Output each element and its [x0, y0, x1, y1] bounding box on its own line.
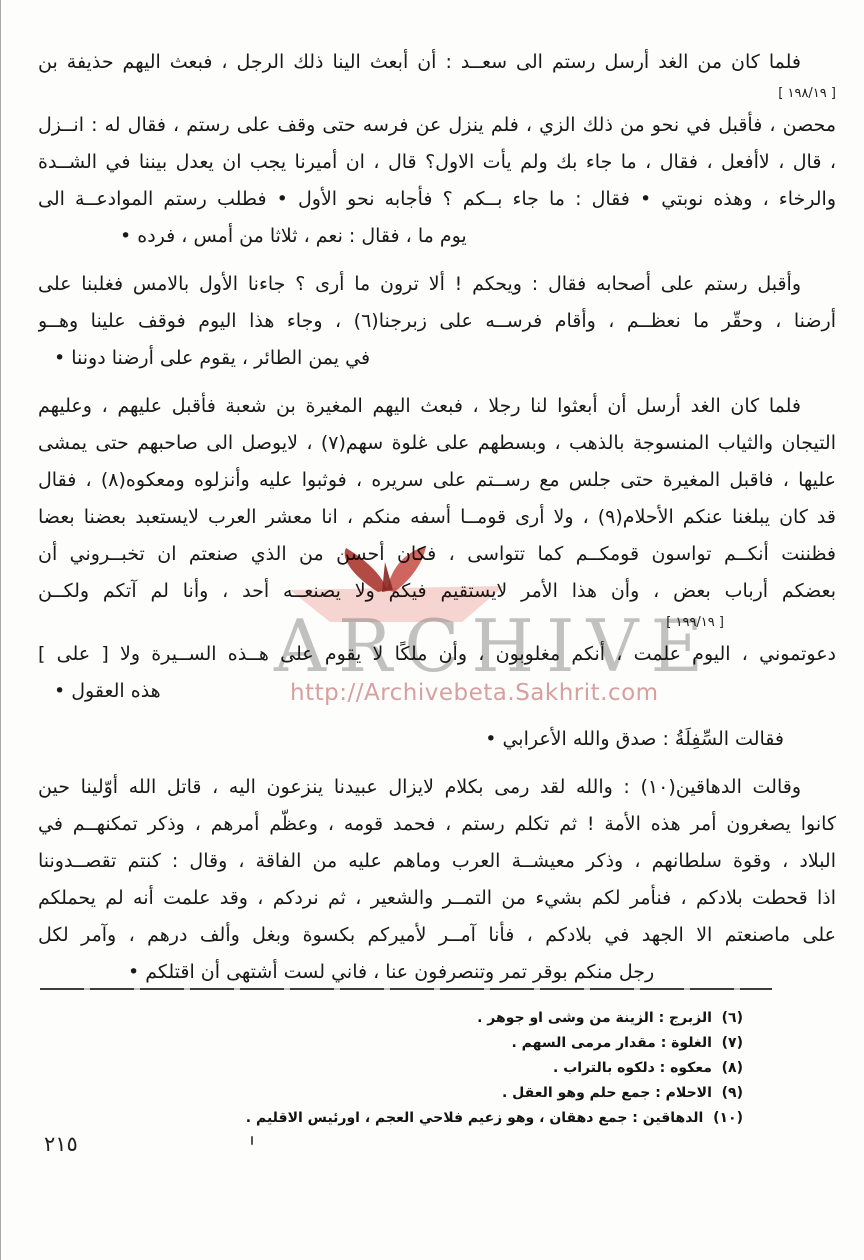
text-line: كانوا يصغرون أمر هذه الأمة ! ثم تكلم رست… [38, 806, 836, 843]
footnote-marker: (٧) [722, 1035, 743, 1051]
footnote-marker: (٨) [722, 1060, 743, 1076]
footnote-text: معكوه : دلكوه بالتراب . [553, 1060, 712, 1076]
text-line: في يمن الطائر ، يقوم على أرضنا دوننا • [38, 340, 836, 377]
footnote-marker: (١٠) [713, 1110, 743, 1126]
footnote-7: (٧) الغلوة : مقدار مرمى السهم . [56, 1031, 743, 1056]
page-number: ٢١٥ [44, 1132, 78, 1156]
text-line: دعوتموني ، اليوم علمت ، أنكم مغلوبون ، و… [38, 636, 836, 673]
footnote-text: الغلوة : مقدار مرمى السهم . [511, 1035, 711, 1051]
text-line: اذا قحطت بلادكم ، فنأمر لكم بشيء من التم… [38, 880, 836, 917]
footnote-separator-line [40, 988, 772, 990]
text-line: يوم ما ، فقال : نعم ، ثلاثا من أمس ، فرد… [38, 218, 836, 255]
paragraph-5: وقالت الدهاقين(١٠) : والله لقد رمى بكلام… [38, 769, 836, 991]
margin-reference-1: [ ١٩٨/١٩ ] [38, 81, 836, 107]
text-line: فلما كان من الغد أرسل رستم الى سعــد : أ… [38, 44, 836, 81]
text-line: ، قال ، لاأفعل ، فقال ، ما جاء بك ولم يأ… [38, 144, 836, 181]
text-line: فلما كان الغد أرسل أن أبعثوا لنا رجلا ، … [38, 388, 836, 425]
text-line: البلاد ، وقوة سلطانهم ، وذكر معيشــة الع… [38, 843, 836, 880]
scan-left-edge-line [0, 0, 1, 1260]
text-line: على ماصنعتم الا الجهد في بلادكم ، فأنا آ… [38, 917, 836, 954]
text-line: فقالت السِّفِلَةُ : صدق والله الأعرابي • [38, 721, 836, 758]
footnote-text: الاحلام : جمع حلم وهو العقل . [502, 1085, 712, 1101]
page-text: فلما كان من الغد أرسل رستم الى سعــد : أ… [38, 44, 836, 991]
ink-speck [251, 1136, 253, 1145]
text-line: هذه العقول • [38, 673, 836, 710]
margin-reference-2: [ ١٩٩/١٩ ] [38, 610, 836, 636]
text-line: رجل منكم بوقر تمر وتنصرفون عنا ، فاني لس… [38, 954, 836, 991]
footnote-marker: (٩) [722, 1085, 743, 1101]
paragraph-4: فقالت السِّفِلَةُ : صدق والله الأعرابي • [38, 721, 836, 758]
footnote-text: الدهاقين : جمع دهقان ، وهو زعيم فلاحي ال… [246, 1110, 704, 1126]
scanned-book-page: فلما كان من الغد أرسل رستم الى سعــد : أ… [0, 0, 864, 1260]
text-line: والرخاء ، وهذه نوبتي • فقال : ما جاء بــ… [38, 181, 836, 218]
paragraph-3: فلما كان الغد أرسل أن أبعثوا لنا رجلا ، … [38, 388, 836, 710]
footnote-9: (٩) الاحلام : جمع حلم وهو العقل . [56, 1081, 743, 1106]
paragraph-2: وأقبل رستم على أصحابه فقال : ويحكم ! ألا… [38, 266, 836, 377]
text-line: أرضنا ، وحقّر ما نعظــم ، وأقام فرســه ع… [38, 303, 836, 340]
footnotes-block: (٦) الزبرج : الزينة من وشى او جوهر . (٧)… [56, 1006, 743, 1131]
footnote-6: (٦) الزبرج : الزينة من وشى او جوهر . [56, 1006, 743, 1031]
text-line: محصن ، فأقبل في نحو من ذلك الزي ، فلم ين… [38, 107, 836, 144]
text-line: عليها ، فاقبل المغيرة حتى جلس مع رســتم … [38, 462, 836, 499]
text-line: وأقبل رستم على أصحابه فقال : ويحكم ! ألا… [38, 266, 836, 303]
footnote-marker: (٦) [722, 1010, 743, 1026]
footnote-text: الزبرج : الزينة من وشى او جوهر . [477, 1010, 712, 1026]
text-line: قد كان يبلغنا عنكم الأحلام(٩) ، ولا أرى … [38, 499, 836, 536]
footnote-8: (٨) معكوه : دلكوه بالتراب . [56, 1056, 743, 1081]
text-line: فظننت أنكــم تواسون قومكــم كما تتواسى ،… [38, 536, 836, 573]
paragraph-1: فلما كان من الغد أرسل رستم الى سعــد : أ… [38, 44, 836, 255]
text-line: التيجان والثياب المنسوجة بالذهب ، وبسطهم… [38, 425, 836, 462]
text-line: بعضكم أرباب بعض ، وأن هذا الأمر لايستقيم… [38, 573, 836, 610]
footnote-10: (١٠) الدهاقين : جمع دهقان ، وهو زعيم فلا… [56, 1106, 743, 1131]
text-line: وقالت الدهاقين(١٠) : والله لقد رمى بكلام… [38, 769, 836, 806]
